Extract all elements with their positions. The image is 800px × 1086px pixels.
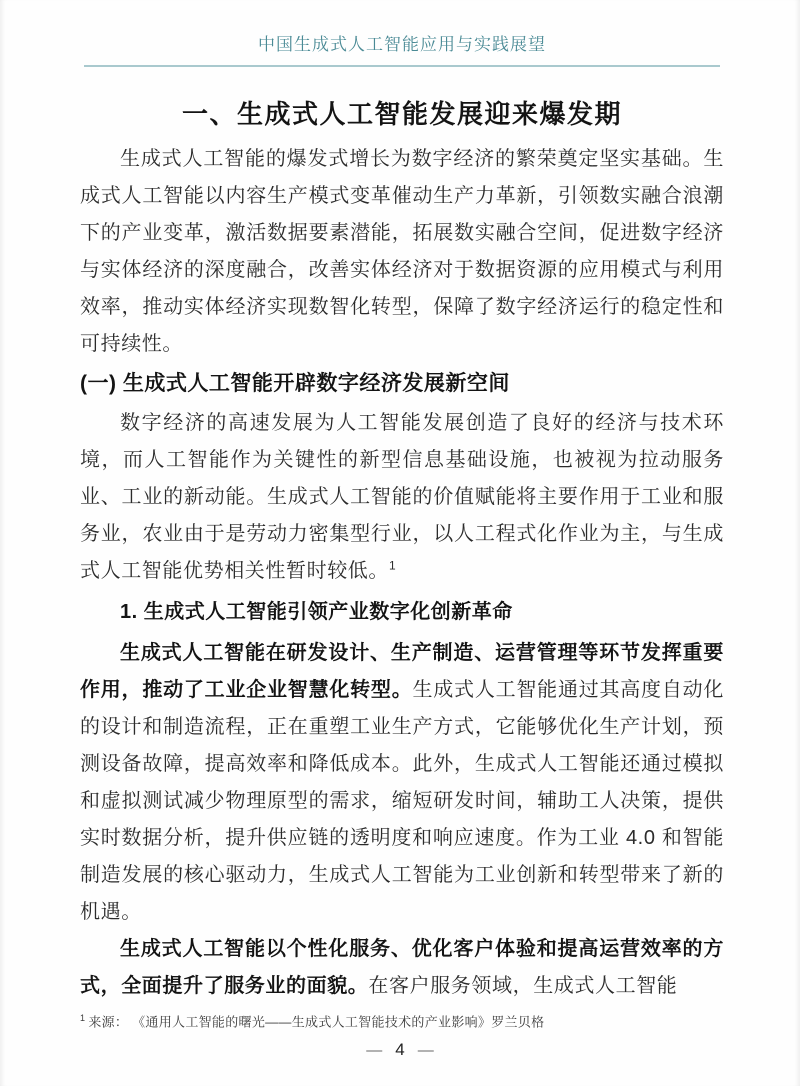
paragraph-1-text: 生成式人工智能的爆发式增长为数字经济的繁荣奠定坚实基础。生成式人工智能以内容生产… bbox=[80, 148, 724, 355]
footer-dash-left: — bbox=[366, 1042, 382, 1059]
paragraph-3-text: 生成式人工智能通过其高度自动化的设计和制造流程，正在重塑工业生产方式，它能够优化… bbox=[80, 679, 724, 923]
header-divider bbox=[84, 65, 720, 67]
page-footer: —4— bbox=[0, 1040, 800, 1060]
page-number: 4 bbox=[395, 1040, 404, 1059]
document-body: 生成式人工智能的爆发式增长为数字经济的繁荣奠定坚实基础。生成式人工智能以内容生产… bbox=[80, 141, 724, 1005]
paragraph-4-text: 在客户服务领域，生成式人工智能 bbox=[368, 975, 677, 997]
footer-dash-right: — bbox=[418, 1042, 434, 1059]
running-header: 中国生成式人工智能应用与实践展望 bbox=[80, 34, 724, 67]
footnote-reference: 1 bbox=[389, 558, 396, 572]
paragraph-1: 生成式人工智能的爆发式增长为数字经济的繁荣奠定坚实基础。生成式人工智能以内容生产… bbox=[80, 141, 724, 363]
footnote-marker: 1 bbox=[80, 1013, 85, 1023]
subsection-heading-1: (一) 生成式人工智能开辟数字经济发展新空间 bbox=[80, 365, 724, 402]
paragraph-2: 数字经济的高速发展为人工智能发展创造了良好的经济与技术环境，而人工智能作为关键性… bbox=[80, 405, 724, 590]
footnote: 1来源： 《通用人工智能的曙光——生成式人工智能技术的产业影响》罗兰贝格 bbox=[80, 1009, 724, 1031]
numbered-heading-1: 1. 生成式人工智能引领产业数字化创新革命 bbox=[80, 594, 724, 631]
footnote-text: 来源： 《通用人工智能的曙光——生成式人工智能技术的产业影响》罗兰贝格 bbox=[88, 1014, 544, 1029]
running-header-title: 中国生成式人工智能应用与实践展望 bbox=[80, 34, 724, 56]
paragraph-2-text: 数字经济的高速发展为人工智能发展创造了良好的经济与技术环境，而人工智能作为关键性… bbox=[80, 412, 724, 582]
paragraph-4: 生成式人工智能以个性化服务、优化客户体验和提高运营效率的方式，全面提升了服务业的… bbox=[80, 931, 724, 1005]
section-title: 一、生成式人工智能发展迎来爆发期 bbox=[80, 97, 724, 131]
document-page: 中国生成式人工智能应用与实践展望 一、生成式人工智能发展迎来爆发期 生成式人工智… bbox=[0, 0, 800, 1086]
paragraph-3: 生成式人工智能在研发设计、生产制造、运营管理等环节发挥重要作用，推动了工业企业智… bbox=[80, 635, 724, 931]
